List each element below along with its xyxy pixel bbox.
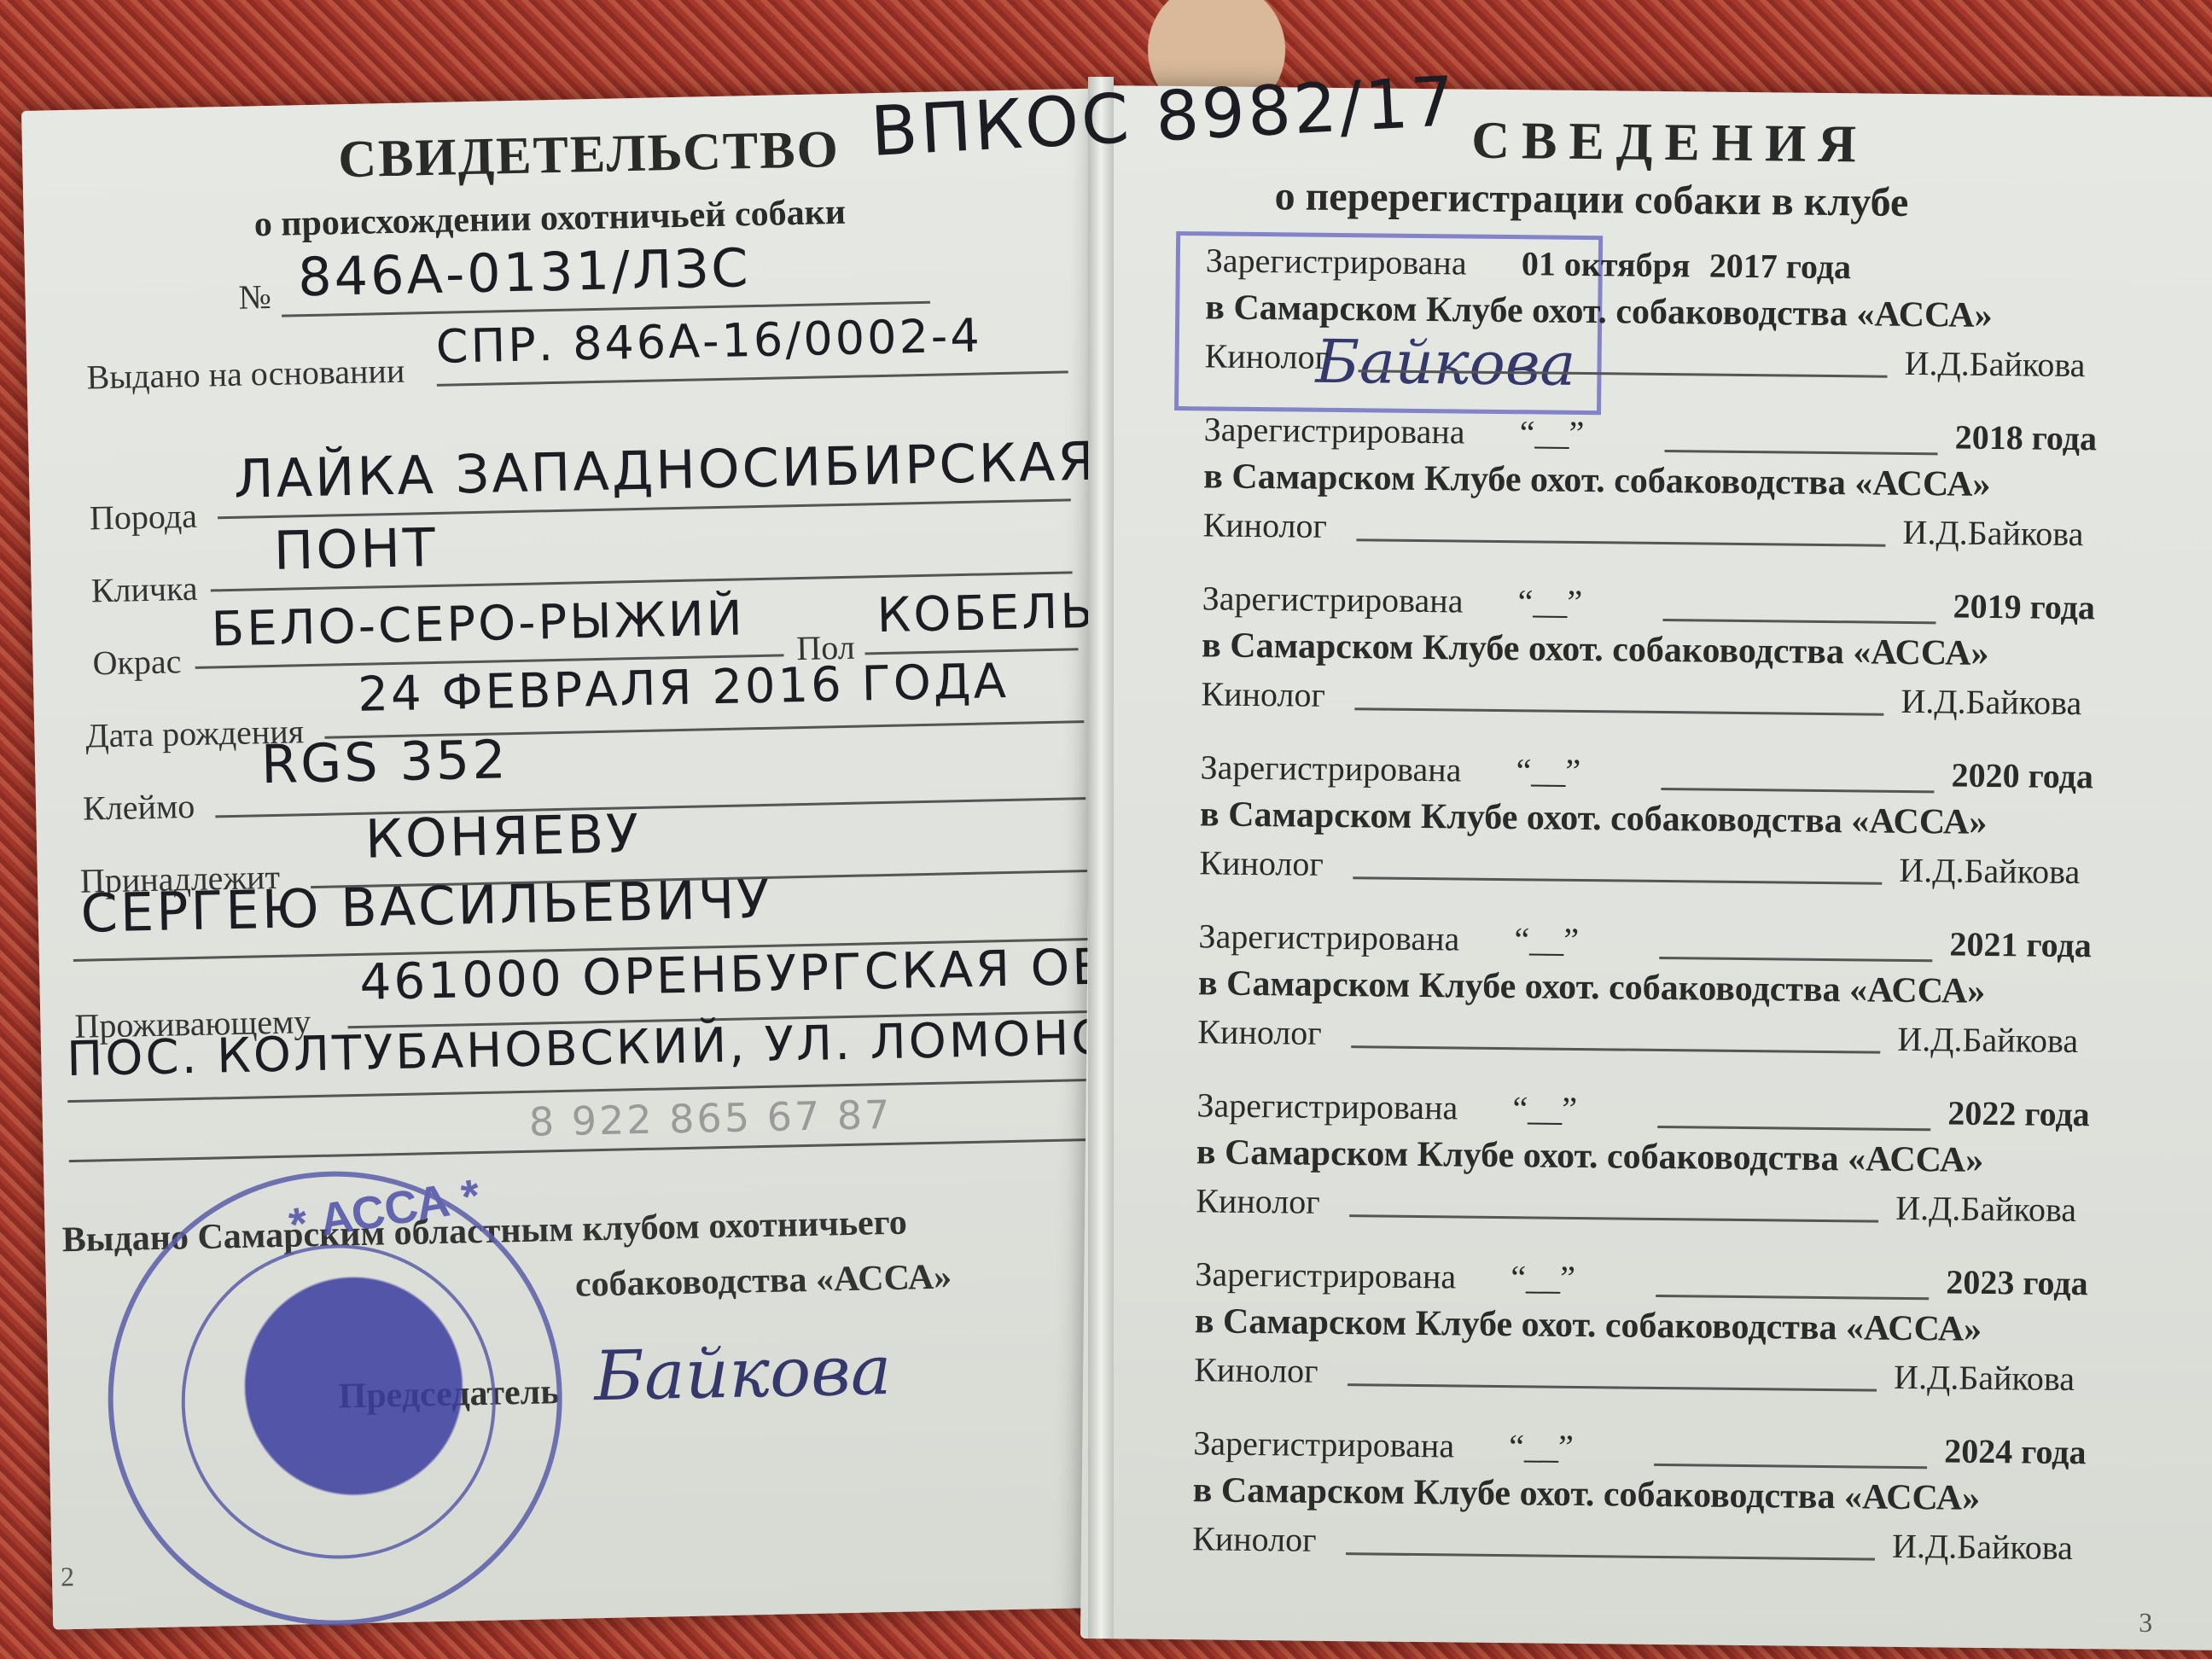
stamp-emblem-icon <box>178 1242 499 1563</box>
registration-entry: Зарегистрирована“__”2022 годав Самарском… <box>1197 1085 2162 1095</box>
certificate-page: СВИДЕТЕЛЬСТВО о происхождении охотничьей… <box>21 89 1132 1630</box>
stamp-text: * АССА * <box>286 1169 484 1252</box>
registered-label: Зарегистрирована <box>1202 578 1463 620</box>
info-title: СВЕДЕНИЯ <box>1471 111 1868 176</box>
kinolog-name: И.Д.Байкова <box>1895 1188 2076 1230</box>
kinolog-label: Кинолог <box>1204 335 1329 377</box>
registration-date: “__” <box>1516 750 1580 791</box>
address-value-line1: 461000 Оренбургская обл. <box>359 936 1167 1011</box>
registered-label: Зарегистрирована <box>1200 747 1461 789</box>
registration-year: 2017 года <box>1709 246 1852 288</box>
club-line: в Самарском Клубе охот. собаководства «А… <box>1193 1470 1981 1519</box>
registration-year: 2020 года <box>1951 755 2093 797</box>
registration-date: “__” <box>1520 412 1585 453</box>
registered-label: Зарегистрирована <box>1196 1085 1458 1127</box>
color-label: Окрас <box>92 641 182 683</box>
registration-date: “__” <box>1512 1088 1577 1129</box>
registration-year: 2023 года <box>1946 1262 2088 1304</box>
birth-date-value: 24 февраля 2016 года <box>358 654 1010 723</box>
kinolog-label: Кинолог <box>1201 673 1325 715</box>
registered-label: Зарегистрирована <box>1204 409 1465 451</box>
club-line: в Самарском Клубе охот. собаководства «А… <box>1205 287 1993 336</box>
phone-number: 8 922 865 67 87 <box>528 1091 892 1145</box>
club-line: в Самарском Клубе охот. собаководства «А… <box>1202 625 1989 674</box>
club-line: в Самарском Клубе охот. собаководства «А… <box>1200 794 1988 843</box>
basis-value: спр. 846А-16/0002-4 <box>435 308 982 373</box>
club-line: в Самарском Клубе охот. собаководства «А… <box>1203 456 1991 505</box>
registration-entry: Зарегистрирована“__”2019 годав Самарском… <box>1202 578 2167 588</box>
kinolog-name: И.Д.Байкова <box>1901 681 2081 723</box>
breed-value: Лайка западносибирская <box>233 430 1097 510</box>
registration-date: “__” <box>1517 581 1582 622</box>
breed-label: Порода <box>90 496 198 538</box>
registration-year: 2021 года <box>1949 924 2092 966</box>
registered-label: Зарегистрирована <box>1195 1254 1456 1296</box>
page-number: 3 <box>2139 1607 2152 1639</box>
registration-year: 2018 года <box>1954 417 2097 459</box>
kinolog-label: Кинолог <box>1199 842 1324 884</box>
kinolog-label: Кинолог <box>1202 504 1327 546</box>
registered-label: Зарегистрирована <box>1206 240 1467 282</box>
reregistration-page: СВЕДЕНИЯ о перерегистрации собаки в клуб… <box>1080 85 2212 1650</box>
owner-value-line2: Сергею Васильевичу <box>80 868 772 945</box>
kinolog-label: Кинолог <box>1196 1180 1320 1222</box>
registration-entry: Зарегистрирована“__”2024 годав Самарском… <box>1194 1423 2158 1433</box>
name-label: Кличка <box>90 568 198 611</box>
registration-year: 2022 года <box>1947 1093 2090 1135</box>
issued-by-line2: собаководства «АССА» <box>574 1256 952 1305</box>
color-value: бело-серо-рыжий <box>211 591 745 657</box>
chairman-signature: Байкова <box>593 1330 892 1416</box>
kinolog-label: Кинолог <box>1197 1011 1322 1053</box>
club-line: в Самарском Клубе охот. собаководства «А… <box>1196 1132 1984 1181</box>
registration-date: “__” <box>1509 1426 1574 1467</box>
certificate-title: СВИДЕТЕЛЬСТВО <box>338 119 841 190</box>
registration-entry: Зарегистрирована“__”2021 годав Самарском… <box>1199 916 2163 926</box>
registration-entry: Зарегистрирована“__”2018 годав Самарском… <box>1204 409 2168 419</box>
registration-date: “__” <box>1514 919 1579 960</box>
kinolog-label: Кинолог <box>1194 1349 1318 1391</box>
certificate-subtitle: о происхождении охотничьей собаки <box>253 192 846 246</box>
registration-year: 2019 года <box>1953 586 2095 628</box>
registration-date: 01 октября <box>1522 243 1691 285</box>
page-number: 2 <box>61 1561 75 1592</box>
registration-date: “__” <box>1511 1257 1575 1298</box>
kinolog-name: И.Д.Байкова <box>1904 343 2085 385</box>
registration-entry: Зарегистрирована“__”2023 годав Самарском… <box>1196 1254 2160 1264</box>
dog-name-value: Понт <box>273 516 438 582</box>
sex-value: кобель <box>876 584 1096 643</box>
brand-label: Клеймо <box>83 786 195 829</box>
owner-value-line1: Коняеву <box>364 802 641 870</box>
basis-label: Выдано на основании <box>86 351 405 398</box>
registered-label: Зарегистрирована <box>1198 916 1459 958</box>
info-subtitle: о перерегистрации собаки в клубе <box>1274 172 1908 226</box>
club-line: в Самарском Клубе охот. собаководства «А… <box>1198 963 1986 1012</box>
kinolog-name: И.Д.Байкова <box>1897 1019 2078 1061</box>
kinolog-name: И.Д.Байкова <box>1899 850 2080 892</box>
certificate-number: 846А-0131/ЛЗС <box>297 236 751 308</box>
booklet-spine <box>1088 77 1114 1639</box>
kinolog-name: И.Д.Байкова <box>1902 512 2083 554</box>
registration-entry: Зарегистрирована“__”2020 годав Самарском… <box>1201 747 2165 757</box>
brand-value: RGS 352 <box>260 728 509 795</box>
registered-label: Зарегистрирована <box>1193 1423 1454 1465</box>
kinolog-signature: Байкова <box>1315 327 1576 399</box>
registration-year: 2024 года <box>1944 1430 2087 1472</box>
registration-entry: Зарегистрирована01 октября2017 годав Сам… <box>1206 240 2170 250</box>
kinolog-name: И.Д.Байкова <box>1894 1357 2075 1399</box>
number-label: № <box>238 276 271 317</box>
kinolog-label: Кинолог <box>1192 1518 1317 1560</box>
club-line: в Самарском Клубе охот. собаководства «А… <box>1195 1301 1982 1350</box>
kinolog-name: И.Д.Байкова <box>1892 1526 2073 1568</box>
